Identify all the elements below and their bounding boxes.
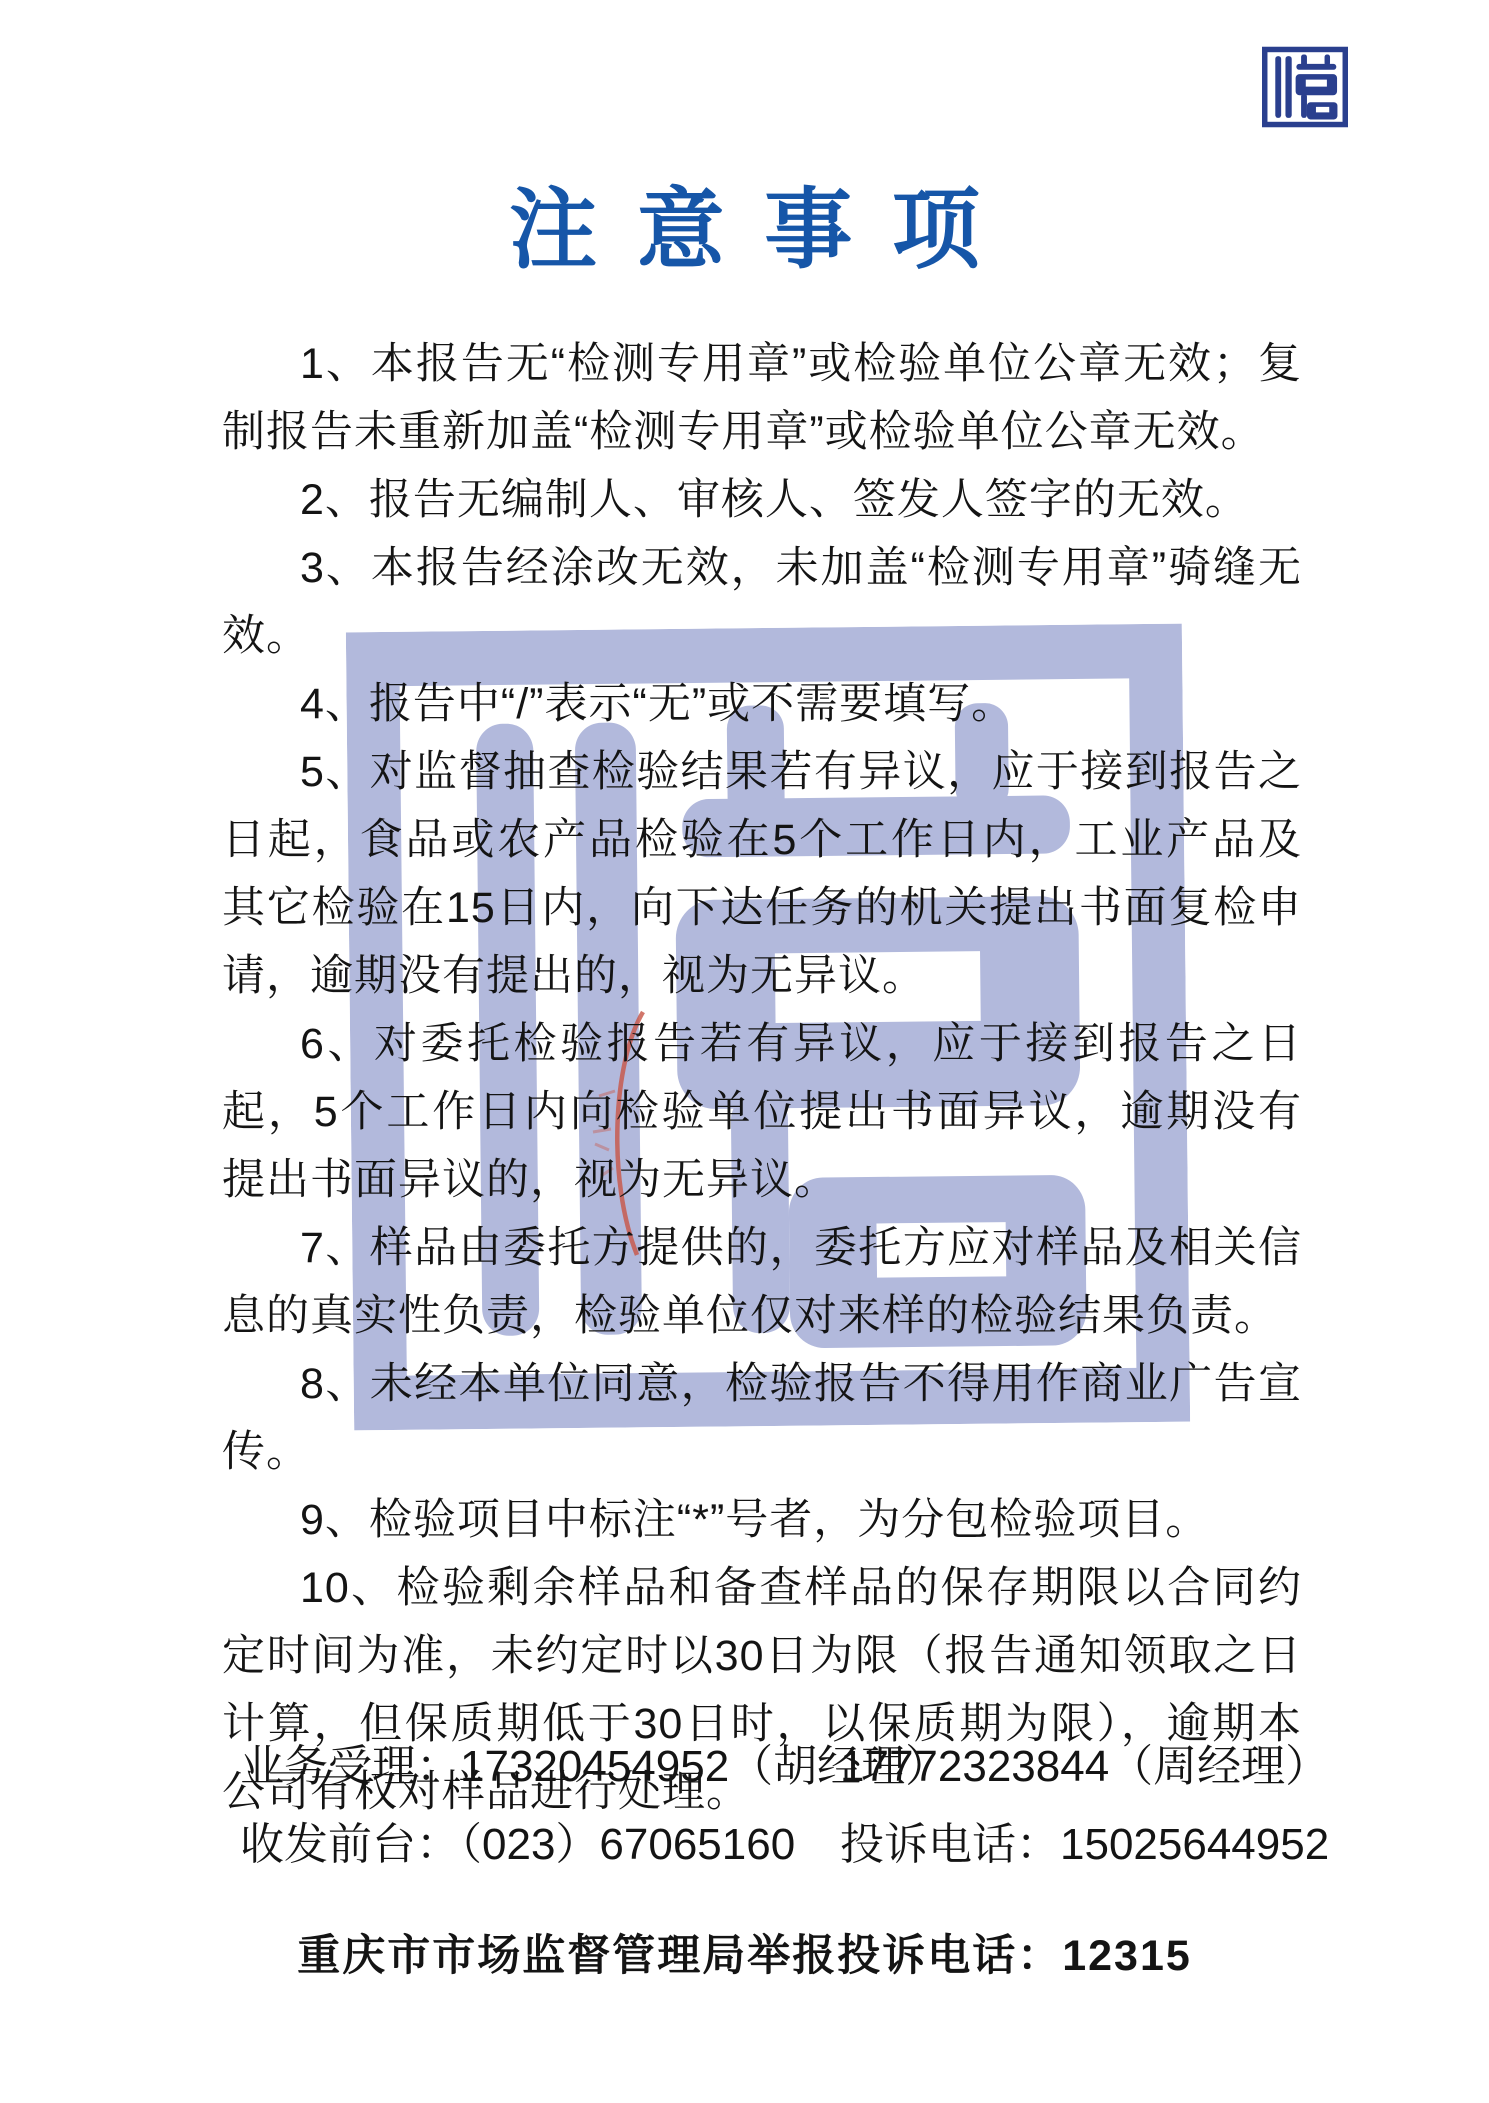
notice-item-7: 7、样品由委托方提供的，委托方应对样品及相关信息的真实性负责，检验单位仅对来样的…: [222, 1214, 1302, 1350]
manager-phone-2: 17772323844（周经理）: [840, 1728, 1329, 1806]
contact-row-1: 业务受理：17320454952（胡经理） 17772323844（周经理）: [240, 1728, 1310, 1806]
business-phone: 业务受理：17320454952（胡经理）: [240, 1728, 840, 1806]
notice-item-3: 3、本报告经涂改无效，未加盖“检测专用章”骑缝无效。: [222, 534, 1302, 670]
regulator-hotline: 重庆市市场监督管理局举报投诉电话：12315: [0, 1922, 1489, 1983]
notice-item-5: 5、对监督抽查检验结果若有异议，应于接到报告之日起，食品或农产品检验在5个工作日…: [222, 738, 1302, 1010]
notice-item-8: 8、未经本单位同意，检验报告不得用作商业广告宣传。: [222, 1350, 1302, 1486]
notice-item-1: 1、本报告无“检测专用章”或检验单位公章无效；复制报告未重新加盖“检测专用章”或…: [222, 330, 1302, 466]
contact-row-2: 收发前台：（023）67065160 投诉电话：15025644952: [240, 1806, 1310, 1884]
front-desk-phone: 收发前台：（023）67065160: [240, 1806, 840, 1884]
seal-logo-icon: [1262, 46, 1348, 128]
notice-items: 1、本报告无“检测专用章”或检验单位公章无效；复制报告未重新加盖“检测专用章”或…: [222, 330, 1302, 1826]
notice-item-9: 9、检验项目中标注“*”号者，为分包检验项目。: [222, 1486, 1302, 1554]
contact-block: 业务受理：17320454952（胡经理） 17772323844（周经理） 收…: [240, 1728, 1310, 1884]
notice-item-4: 4、报告中“/”表示“无”或不需要填写。: [222, 670, 1302, 738]
notice-page: 注意事项 1、本报告无“检测专用章”或检验单位公章无效；复制报告未重新加盖“检测…: [0, 0, 1489, 2103]
complaint-phone: 投诉电话：15025644952: [840, 1806, 1329, 1884]
page-title: 注意事项: [0, 160, 1489, 286]
notice-item-6: 6、对委托检验报告若有异议，应于接到报告之日起，5个工作日内向检验单位提出书面异…: [222, 1010, 1302, 1214]
notice-item-2: 2、报告无编制人、审核人、签发人签字的无效。: [222, 466, 1302, 534]
